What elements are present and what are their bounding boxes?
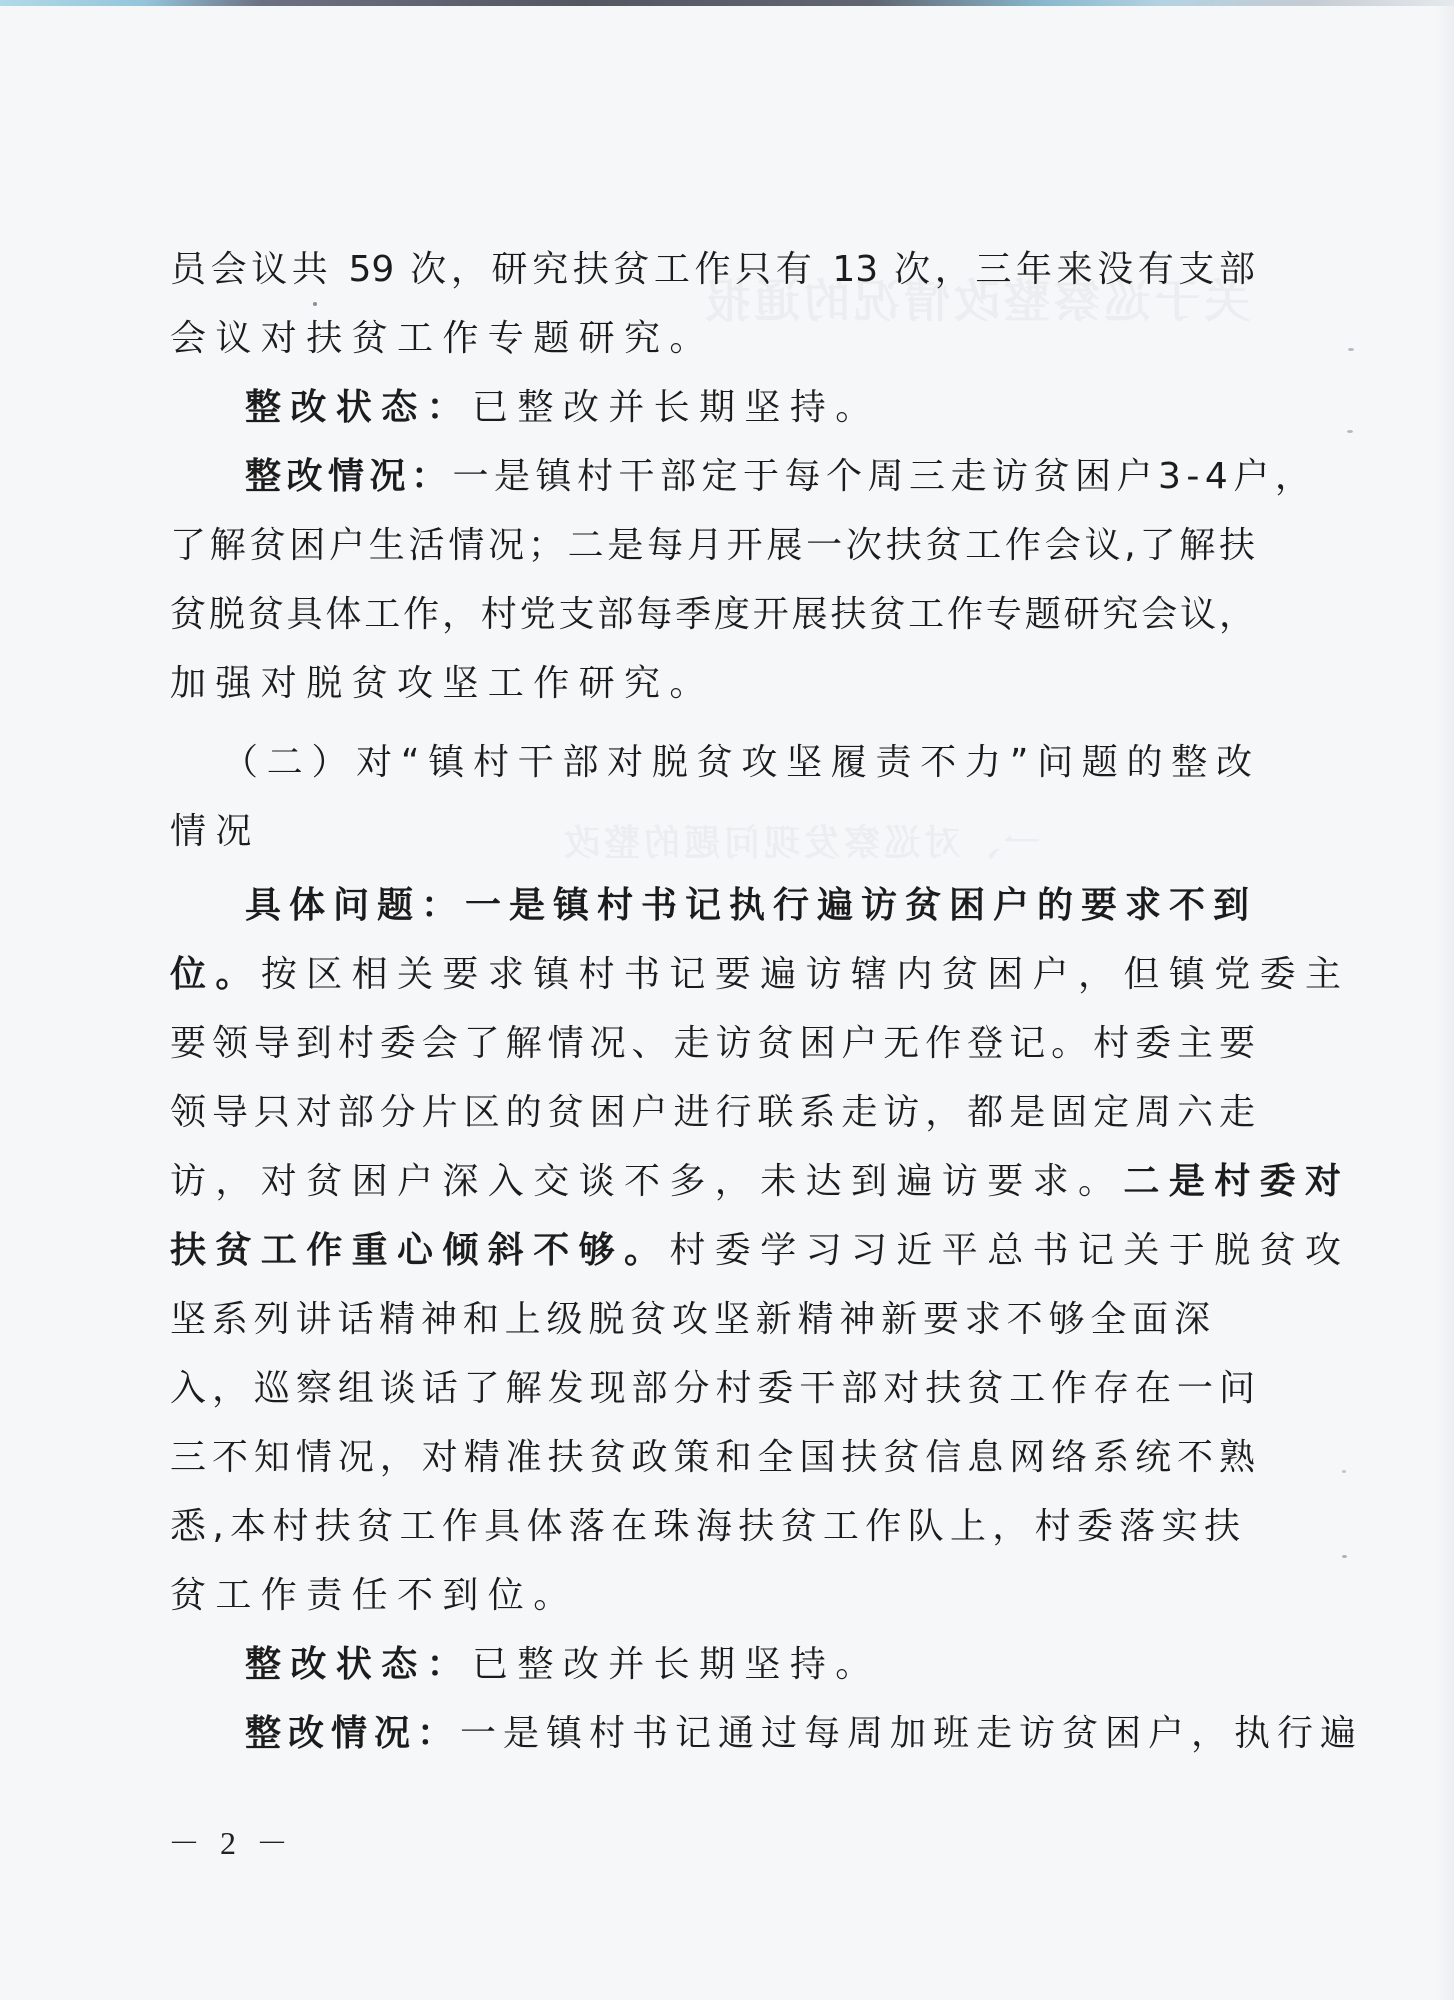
body-text: 村委学习习近平总书记关于脱贫攻	[669, 1230, 1350, 1271]
body-line: 领导只对部分片区的贫困户进行联系走访，都是固定周六走	[170, 1091, 1255, 1135]
body-text: 悉,本村扶贫工作具体落在珠海扶贫工作队上，村委落实扶	[170, 1506, 1240, 1547]
body-line: 位。按区相关要求镇村书记要遍访辖内贫困户，但镇党委主	[170, 953, 1255, 997]
section-heading: 情况	[170, 810, 1255, 854]
body-text: 贫脱贫具体工作，村党支部每季度开展扶贫工作专题研究会议，	[170, 594, 1255, 635]
scan-speck	[1342, 1555, 1347, 1558]
section-heading-text: （二）对“镇村干部对脱贫攻坚履责不力”问题的整改	[222, 742, 1252, 783]
problem-emphasis: 位。	[170, 954, 261, 995]
rectification-status-line: 整改状态：已整改并长期坚持。	[245, 1643, 1330, 1687]
body-text: 会议对扶贫工作专题研究。	[170, 318, 715, 359]
scan-speck	[1342, 1470, 1346, 1473]
body-text: 入，巡察组谈话了解发现部分村委干部对扶贫工作存在一问	[170, 1368, 1255, 1409]
status-value: 已整改并长期坚持。	[472, 1644, 881, 1685]
body-line: 加强对脱贫攻坚工作研究。	[170, 662, 1255, 706]
section-heading: （二）对“镇村干部对脱贫攻坚履责不力”问题的整改	[222, 741, 1252, 785]
rectification-label: 整改情况：	[245, 1713, 460, 1754]
problem-label: 具体问题：	[245, 885, 465, 926]
body-line: 坚系列讲话精神和上级脱贫攻坚新精神新要求不够全面深	[170, 1298, 1210, 1342]
body-line: 了解贫困户生活情况；二是每月开展一次扶贫工作会议,了解扶	[170, 524, 1255, 568]
body-text: 三不知情况，对精准扶贫政策和全国扶贫信息网络系统不熟	[170, 1437, 1255, 1478]
body-line: 要领导到村委会了解情况、走访贫困户无作登记。村委主要	[170, 1022, 1255, 1066]
problem-line: 具体问题：一是镇村书记执行遍访贫困户的要求不到	[245, 884, 1330, 928]
body-line: 访，对贫困户深入交谈不多，未达到遍访要求。二是村委对	[170, 1160, 1255, 1204]
body-text: 按区相关要求镇村书记要遍访辖内贫困户，但镇党委主	[261, 954, 1351, 995]
scan-speck	[313, 302, 317, 306]
body-line: 扶贫工作重心倾斜不够。村委学习习近平总书记关于脱贫攻	[170, 1229, 1255, 1273]
problem-emphasis: 二是村委对	[1123, 1161, 1350, 1202]
body-line: 贫脱贫具体工作，村党支部每季度开展扶贫工作专题研究会议，	[170, 593, 1255, 637]
problem-emphasis: 一是镇村书记执行遍访贫困户的要求不到	[465, 885, 1257, 926]
body-text: 坚系列讲话精神和上级脱贫攻坚新精神新要求不够全面深	[170, 1299, 1210, 1340]
rectification-detail-line: 整改情况：一是镇村书记通过每周加班走访贫困户，执行遍	[245, 1712, 1330, 1756]
body-line: 悉,本村扶贫工作具体落在珠海扶贫工作队上，村委落实扶	[170, 1505, 1240, 1549]
section-heading-text: 情况	[170, 811, 261, 852]
problem-emphasis: 扶贫工作重心倾斜不够。	[170, 1230, 669, 1271]
status-value: 已整改并长期坚持。	[472, 387, 881, 428]
document-page: 员会议共 59 次，研究扶贫工作只有 13 次，三年来没有支部 会议对扶贫工作专…	[0, 0, 1454, 2000]
rectification-detail-line: 整改情况：一是镇村干部定于每个周三走访贫困户3-4户，	[245, 455, 1330, 499]
rectification-label: 整改情况：	[245, 456, 453, 497]
scan-speck	[1347, 430, 1353, 433]
body-line: 三不知情况，对精准扶贫政策和全国扶贫信息网络系统不熟	[170, 1436, 1255, 1480]
scan-speck	[1348, 348, 1354, 351]
page-number: － 2 －	[168, 1818, 294, 1864]
body-line: 入，巡察组谈话了解发现部分村委干部对扶贫工作存在一问	[170, 1367, 1255, 1411]
rectification-text: 一是镇村书记通过每周加班走访贫困户，执行遍	[460, 1713, 1363, 1754]
rectification-status-line: 整改状态：已整改并长期坚持。	[245, 386, 1330, 430]
body-text: 了解贫困户生活情况；二是每月开展一次扶贫工作会议,了解扶	[170, 525, 1255, 566]
body-line: 会议对扶贫工作专题研究。	[170, 317, 1255, 361]
body-text: 要领导到村委会了解情况、走访贫困户无作登记。村委主要	[170, 1023, 1255, 1064]
body-text: 领导只对部分片区的贫困户进行联系走访，都是固定周六走	[170, 1092, 1255, 1133]
rectification-text: 一是镇村干部定于每个周三走访贫困户3-4户，	[453, 456, 1317, 497]
body-line: 员会议共 59 次，研究扶贫工作只有 13 次，三年来没有支部	[170, 248, 1255, 292]
body-line: 贫工作责任不到位。	[170, 1574, 1255, 1618]
status-label: 整改状态：	[245, 1644, 472, 1685]
body-text: 访，对贫困户深入交谈不多，未达到遍访要求。	[170, 1161, 1123, 1202]
body-text: 贫工作责任不到位。	[170, 1575, 579, 1616]
status-label: 整改状态：	[245, 387, 472, 428]
body-text: 加强对脱贫攻坚工作研究。	[170, 663, 715, 704]
body-text: 员会议共 59 次，研究扶贫工作只有 13 次，三年来没有支部	[170, 249, 1255, 290]
